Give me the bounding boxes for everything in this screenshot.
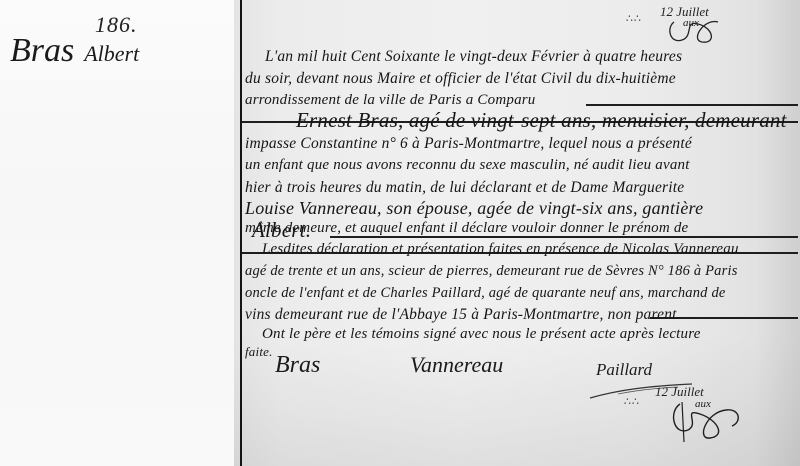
child-name: Albert. <box>252 218 311 242</box>
annotation-dots-top: ∴∴ <box>626 12 642 25</box>
margin-entry-name: BrasAlbert <box>10 32 139 70</box>
margin-surname: Bras <box>10 32 74 69</box>
record-line: Ont le père et les témoins signé avec no… <box>262 326 701 343</box>
signature-witness-1: Vannereau <box>410 352 503 378</box>
margin-rule <box>240 0 242 466</box>
mother-name-line: Louise Vannereau, son épouse, agée de vi… <box>245 198 703 218</box>
record-line: arrondissement de la ville de Paris a Co… <box>245 92 536 109</box>
record-line: Albert. <box>252 218 311 243</box>
record-line: hier à trois heures du matin, de lui déc… <box>245 179 684 197</box>
signature-father: Bras <box>275 352 320 379</box>
record-line: L'an mil huit Cent Soixante le vingt-deu… <box>265 48 682 66</box>
record-line: Ernest Bras, agé de vingt-sept ans, menu… <box>296 108 787 133</box>
paraphe-icon <box>660 396 746 446</box>
record-line: un enfant que nous avons reconnu du sexe… <box>245 157 690 174</box>
record-line: Lesdites déclaration et présentation fai… <box>262 241 739 258</box>
record-line: vins demeurant rue de l'Abbaye 15 à Pari… <box>245 306 681 324</box>
record-line: impasse Constantine n° 6 à Paris-Montmar… <box>245 135 692 153</box>
signature-witness-2: Paillard <box>596 360 652 380</box>
annotation-dots-bottom: ∴∴ <box>624 395 640 408</box>
record-line: agé de trente et un ans, scieur de pierr… <box>245 263 738 280</box>
father-name-heading: Ernest Bras, agé de vingt-sept ans, menu… <box>296 108 787 132</box>
record-line: oncle de l'enfant et de Charles Paillard… <box>245 285 726 302</box>
fill-line-1 <box>586 104 798 106</box>
record-line: même demeure, et auquel enfant il déclar… <box>245 220 688 237</box>
record-line: Louise Vannereau, son épouse, agée de vi… <box>245 198 703 219</box>
record-line: du soir, devant nous Maire et officier d… <box>245 70 676 88</box>
record-line: faite. <box>245 344 273 360</box>
margin-given-name: Albert <box>84 41 139 66</box>
margin-column: 186. BrasAlbert <box>0 0 234 466</box>
paraphe-icon <box>664 14 724 48</box>
